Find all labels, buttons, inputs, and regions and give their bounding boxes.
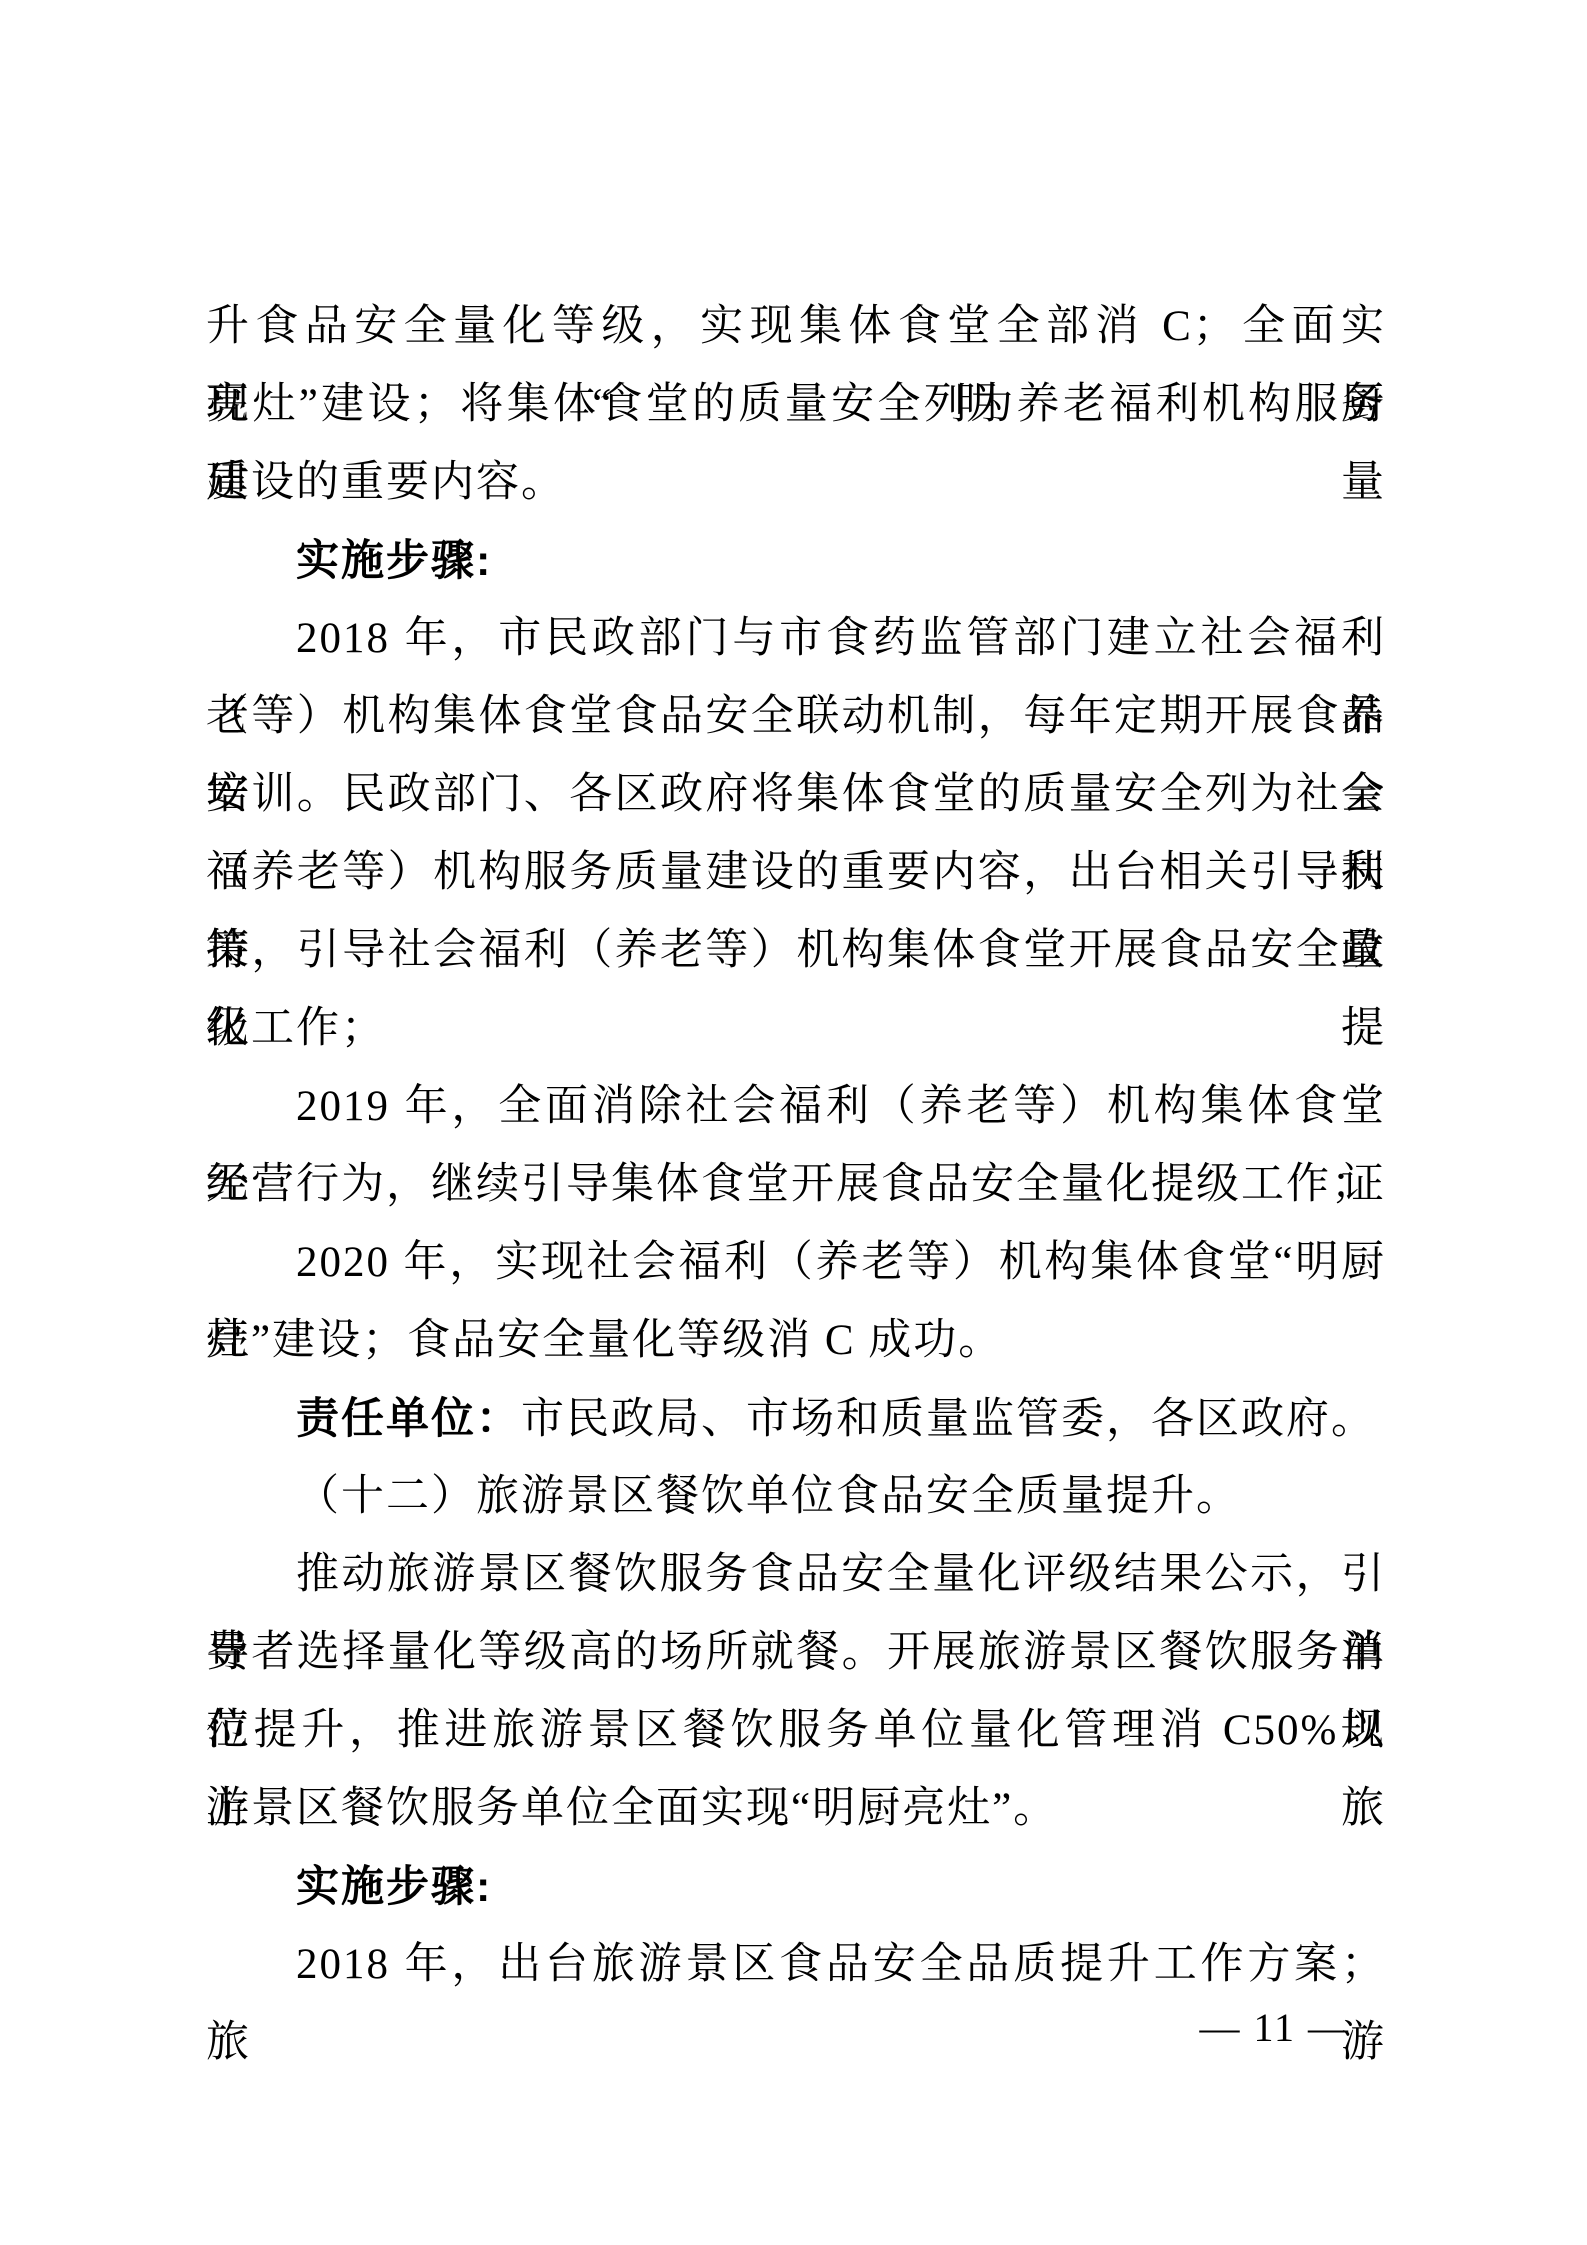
body-line: 2018 年，出台旅游景区食品安全品质提升工作方案；旅游 <box>206 1926 1386 2004</box>
body-line: 策，引导社会福利（养老等）机构集体食堂开展食品安全量化提 <box>206 912 1386 990</box>
text-segment: 游景区餐饮服务单位全面实现“明厨亮灶”。 <box>206 1785 1058 1832</box>
text-segment: 建设的重要内容。 <box>206 459 566 506</box>
body-line: 范提升，推进旅游景区餐饮服务单位量化管理消 C50%以上。旅 <box>206 1692 1386 1770</box>
section-heading: （十二）旅游景区餐饮单位食品安全质量提升。 <box>206 1458 1386 1536</box>
body-line: 2018 年，市民政部门与市食药监管部门建立社会福利（养 <box>206 600 1386 678</box>
text-segment: 灶”建设；食品安全量化等级消 C 成功。 <box>206 1317 1003 1364</box>
text-segment: 经营行为，继续引导集体食堂开展食品安全量化提级工作； <box>206 1161 1376 1208</box>
body-line: 费者选择量化等级高的场所就餐。开展旅游景区餐饮服务单位规 <box>206 1614 1386 1692</box>
step-heading: 实施步骤: <box>206 1848 1386 1926</box>
body-line: 推动旅游景区餐饮服务食品安全量化评级结果公示，引导消 <box>206 1536 1386 1614</box>
body-line: 亮灶”建设；将集体食堂的质量安全列为养老福利机构服务质量 <box>206 366 1386 444</box>
body-line: 2020 年，实现社会福利（养老等）机构集体食堂“明厨亮 <box>206 1224 1386 1302</box>
body-line: 灶”建设；食品安全量化等级消 C 成功。 <box>206 1302 1386 1380</box>
body-line: （养老等）机构服务质量建设的重要内容，出台相关引导扶持政 <box>206 834 1386 912</box>
body-line: 老等）机构集体食堂食品安全联动机制，每年定期开展食品安全 <box>206 678 1386 756</box>
body-line: 经营行为，继续引导集体食堂开展食品安全量化提级工作； <box>206 1146 1386 1224</box>
text-segment: 市民政局、市场和质量监管委，各区政府。 <box>521 1396 1376 1443</box>
body-line: 培训。民政部门、各区政府将集体食堂的质量安全列为社会福利 <box>206 756 1386 834</box>
responsible-unit-line: 责任单位：市民政局、市场和质量监管委，各区政府。 <box>206 1380 1386 1458</box>
bold-text-segment: 实施步骤: <box>296 537 492 585</box>
document-body: 升食品安全量化等级，实现集体食堂全部消 C；全面实现“明厨亮灶”建设；将集体食堂… <box>206 288 1386 2004</box>
body-line: 2019 年，全面消除社会福利（养老等）机构集体食堂无证 <box>206 1068 1386 1146</box>
text-segment: 级工作； <box>206 1005 386 1052</box>
bold-text-segment: 责任单位： <box>296 1395 521 1443</box>
body-line: 升食品安全量化等级，实现集体食堂全部消 C；全面实现“明厨 <box>206 288 1386 366</box>
bold-text-segment: 实施步骤: <box>296 1863 492 1911</box>
step-heading: 实施步骤: <box>206 522 1386 600</box>
text-segment: （十二）旅游景区餐饮单位食品安全质量提升。 <box>296 1473 1241 1520</box>
page-number: — 11 — <box>206 2006 1386 2050</box>
document-page: 升食品安全量化等级，实现集体食堂全部消 C；全面实现“明厨亮灶”建设；将集体食堂… <box>0 0 1587 2245</box>
